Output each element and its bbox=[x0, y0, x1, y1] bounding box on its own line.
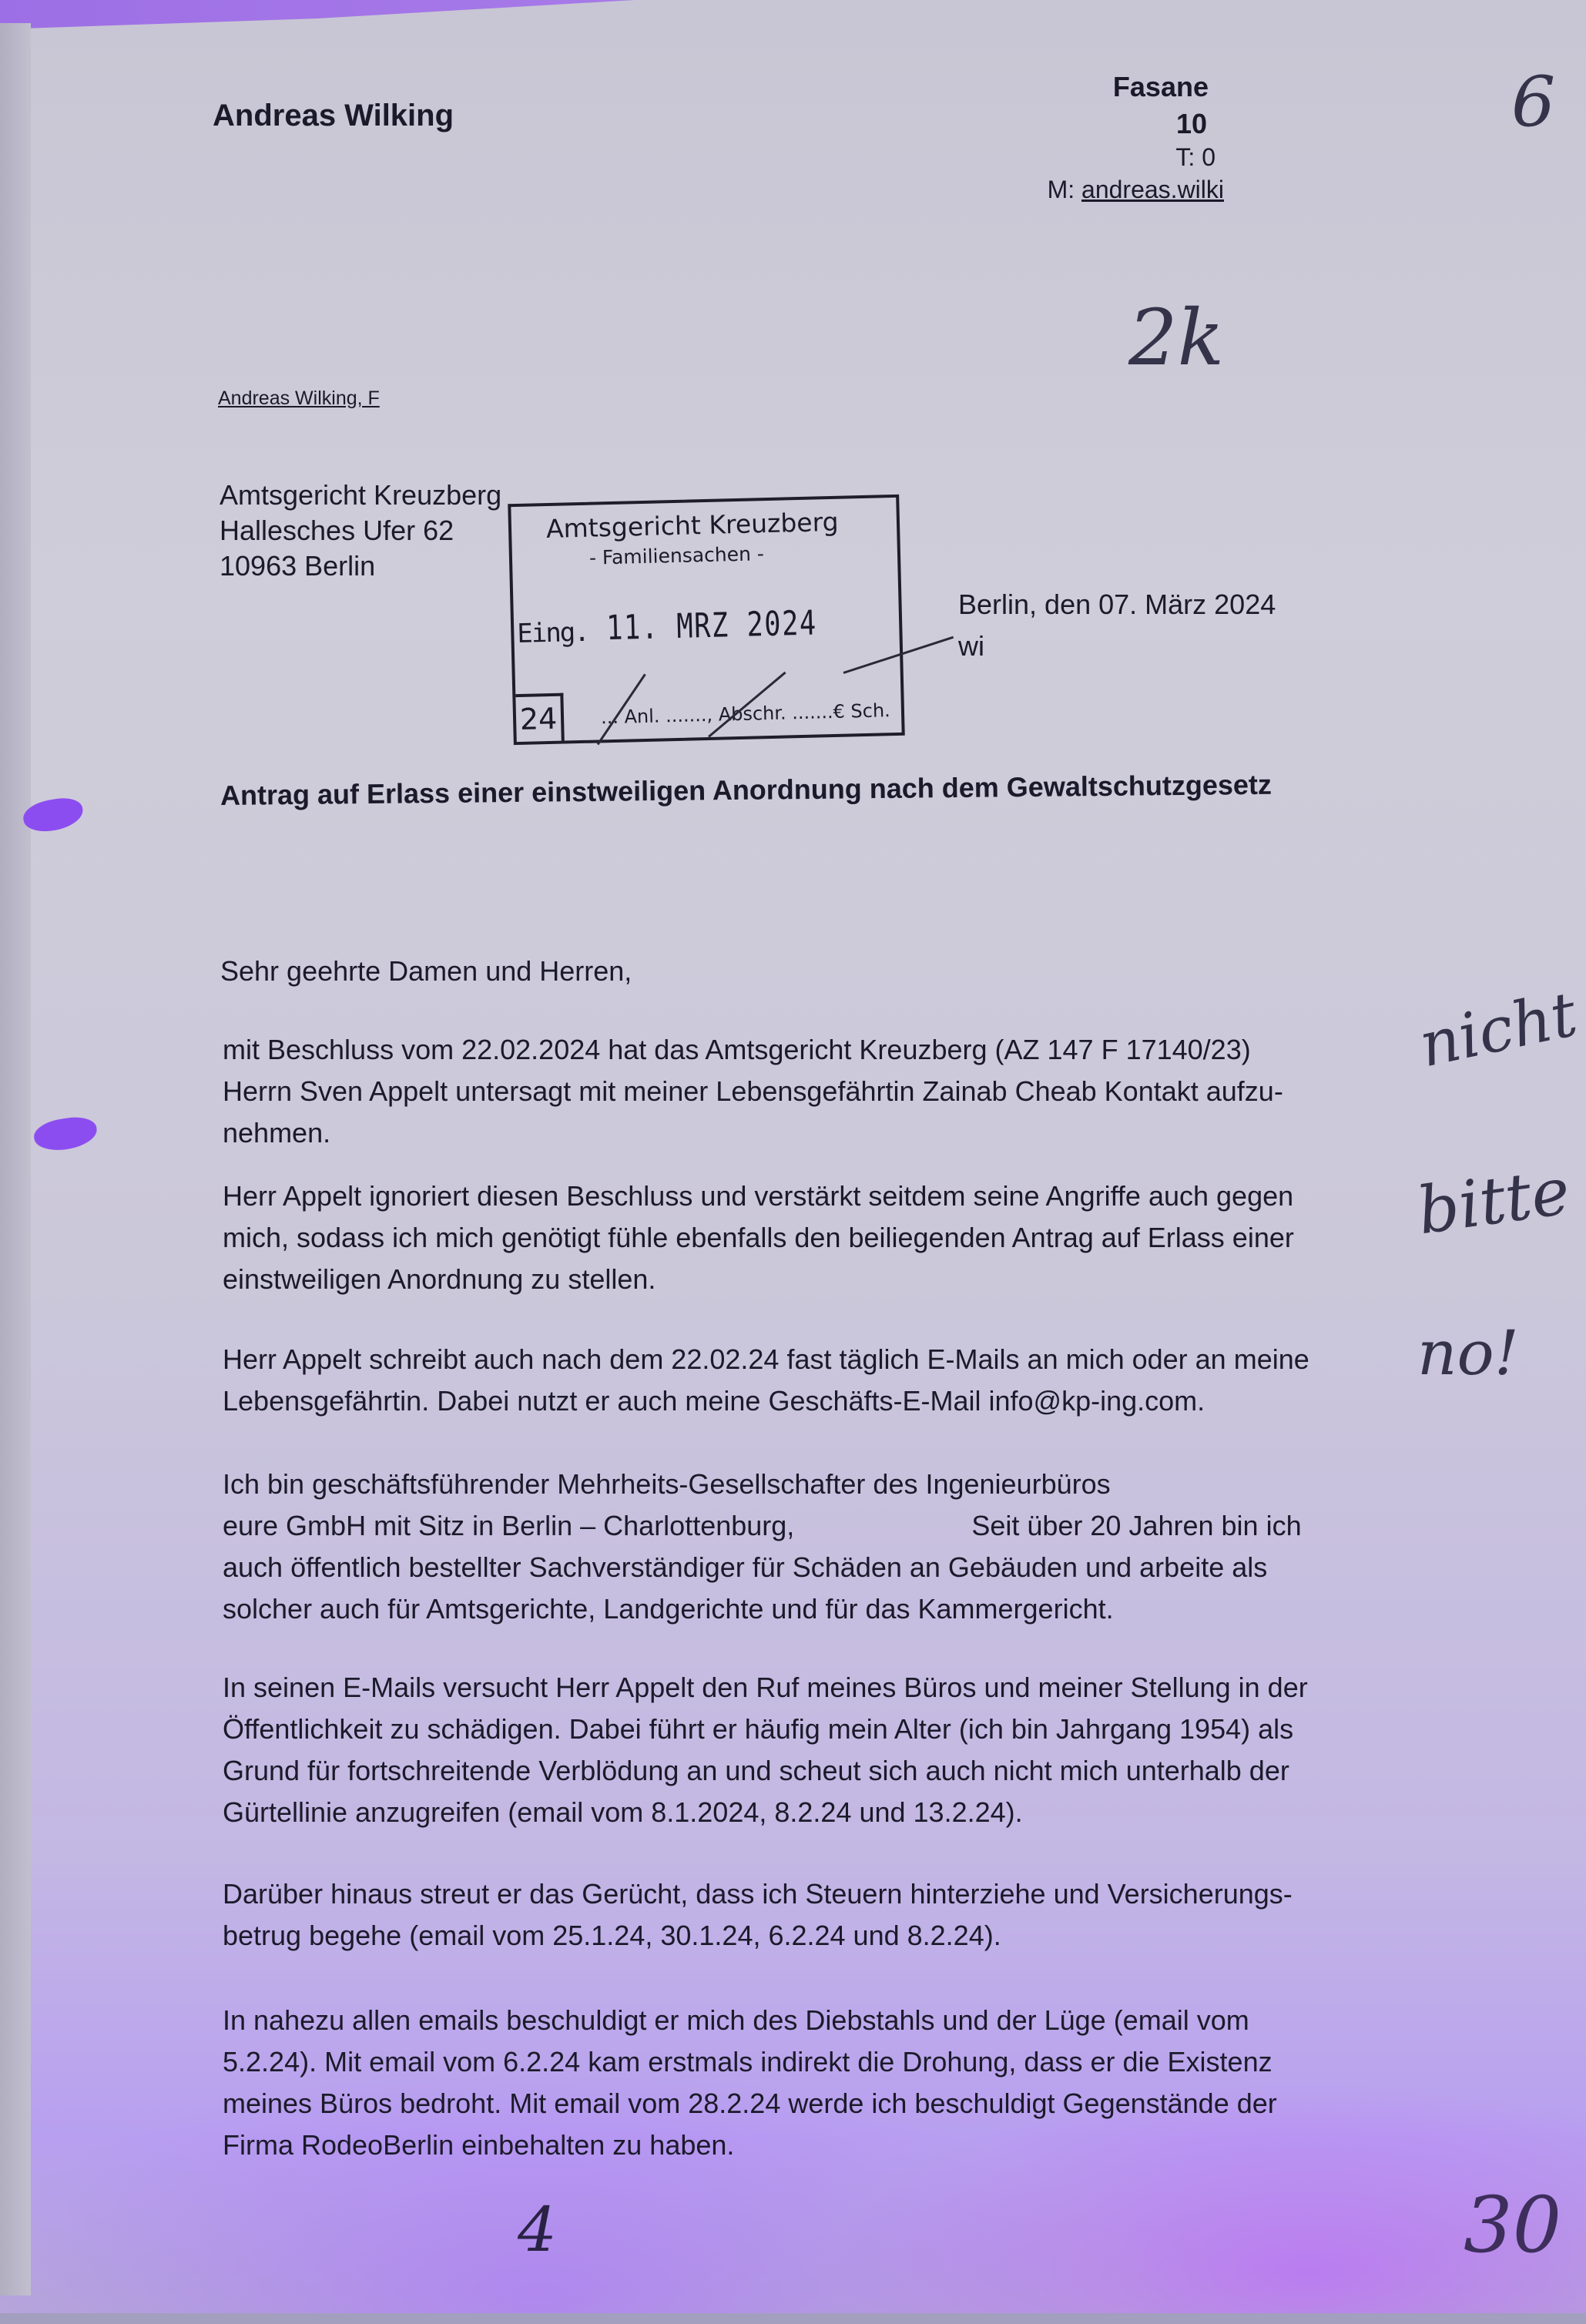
paragraph: Ich bin geschäftsführender Mehrheits-Ges… bbox=[223, 1464, 1424, 1630]
paragraph: In nahezu allen emails beschuldigt er mi… bbox=[223, 2000, 1424, 2166]
paragraph: mit Beschluss vom 22.02.2024 hat das Amt… bbox=[223, 1029, 1424, 1154]
handwritten-page-number: 4 bbox=[518, 2194, 557, 2265]
email-line: M: andreas.wilki bbox=[1048, 176, 1224, 204]
email-prefix: M: bbox=[1048, 176, 1075, 203]
top-purple-edge bbox=[0, 0, 1586, 31]
initials: wi bbox=[958, 630, 984, 662]
address-street: Fasane bbox=[1113, 71, 1209, 103]
place-date: Berlin, den 07. März 2024 bbox=[958, 589, 1276, 621]
text-segment: Seit über 20 Jahren bin ich bbox=[971, 1510, 1301, 1541]
punch-hole-marker bbox=[32, 1114, 99, 1153]
text-line: In seinen E-Mails versucht Herr Appelt d… bbox=[223, 1667, 1424, 1709]
text-line: eure GmbH mit Sitz in Berlin – Charlotte… bbox=[223, 1505, 1424, 1547]
text-line: Gürtellinie anzugreifen (email vom 8.1.2… bbox=[223, 1792, 1424, 1833]
text-line: meines Büros bedroht. Mit email vom 28.2… bbox=[223, 2083, 1424, 2124]
text-line: mit Beschluss vom 22.02.2024 hat das Amt… bbox=[223, 1029, 1424, 1071]
stamp-received-date: 11. MRZ 2024 bbox=[606, 603, 818, 648]
page-edge-shadow bbox=[0, 23, 31, 2295]
handwritten-note: 6 bbox=[1511, 62, 1555, 143]
sender-name: Andreas Wilking bbox=[213, 99, 454, 133]
handwritten-note: 2k bbox=[1128, 293, 1224, 383]
recipient-street: Hallesches Ufer 62 bbox=[220, 513, 501, 548]
text-line: Firma RodeoBerlin einbehalten zu haben. bbox=[223, 2124, 1424, 2166]
paragraph: Herr Appelt ignoriert diesen Beschluss u… bbox=[223, 1175, 1424, 1300]
handwritten-margin-note: nicht bbox=[1413, 978, 1583, 1082]
text-line: betrug begehe (email vom 25.1.24, 30.1.2… bbox=[223, 1915, 1424, 1957]
receipt-stamp: Amtsgericht Kreuzberg - Familiensachen -… bbox=[508, 495, 904, 745]
paragraph: Darüber hinaus streut er das Gerücht, da… bbox=[223, 1873, 1424, 1957]
text-line: In nahezu allen emails beschuldigt er mi… bbox=[223, 2000, 1424, 2041]
text-line: Herr Appelt ignoriert diesen Beschluss u… bbox=[223, 1175, 1424, 1217]
handwritten-margin-note: no! bbox=[1417, 1317, 1519, 1389]
text-segment: eure GmbH mit Sitz in Berlin – Charlotte… bbox=[223, 1510, 794, 1541]
address-number: 10 bbox=[1176, 108, 1207, 140]
stamp-court: Amtsgericht Kreuzberg bbox=[546, 507, 839, 544]
handwritten-margin-note: bitte bbox=[1413, 1153, 1574, 1249]
text-line: Grund für fortschreitende Verblödung an … bbox=[223, 1750, 1424, 1792]
handwritten-note: 30 bbox=[1464, 2180, 1561, 2270]
scanned-letter-page: Andreas Wilking Fasane 10 T: 0 M: andrea… bbox=[0, 0, 1586, 2324]
stamp-eing-label: Eing. bbox=[517, 617, 588, 649]
text-line: mich, sodass ich mich genötigt fühle ebe… bbox=[223, 1217, 1424, 1259]
recipient-address: Amtsgericht Kreuzberg Hallesches Ufer 62… bbox=[220, 478, 501, 584]
subject-line: Antrag auf Erlass einer einstweiligen An… bbox=[220, 769, 1272, 812]
bottom-edge bbox=[0, 2313, 1586, 2324]
stamp-department: - Familiensachen - bbox=[589, 542, 765, 569]
paragraph: In seinen E-Mails versucht Herr Appelt d… bbox=[223, 1667, 1424, 1833]
text-line: auch öffentlich bestellter Sachverständi… bbox=[223, 1547, 1424, 1588]
recipient-name: Amtsgericht Kreuzberg bbox=[220, 478, 501, 513]
text-line: 5.2.24). Mit email vom 6.2.24 kam erstma… bbox=[223, 2041, 1424, 2083]
paragraph: Herr Appelt schreibt auch nach dem 22.02… bbox=[223, 1339, 1424, 1422]
text-line: einstweiligen Anordnung zu stellen. bbox=[223, 1259, 1424, 1300]
text-line: nehmen. bbox=[223, 1112, 1424, 1154]
text-line: Darüber hinaus streut er das Gerücht, da… bbox=[223, 1873, 1424, 1915]
recipient-city: 10963 Berlin bbox=[220, 548, 501, 584]
stamp-number: 24 bbox=[515, 693, 564, 742]
text-line: solcher auch für Amtsgerichte, Landgeric… bbox=[223, 1588, 1424, 1630]
return-address: Andreas Wilking, F bbox=[218, 387, 380, 410]
phone-line: T: 0 bbox=[1175, 143, 1215, 172]
text-line: Lebensgefährtin. Dabei nutzt er auch mei… bbox=[223, 1380, 1424, 1422]
text-line: Ich bin geschäftsführender Mehrheits-Ges… bbox=[223, 1464, 1424, 1505]
text-line: Herr Appelt schreibt auch nach dem 22.02… bbox=[223, 1339, 1424, 1380]
email-link[interactable]: andreas.wilki bbox=[1081, 176, 1224, 203]
text-line: Öffentlichkeit zu schädigen. Dabei führt… bbox=[223, 1709, 1424, 1750]
greeting: Sehr geehrte Damen und Herren, bbox=[220, 955, 632, 988]
text-line: Herrn Sven Appelt untersagt mit meiner L… bbox=[223, 1071, 1424, 1112]
